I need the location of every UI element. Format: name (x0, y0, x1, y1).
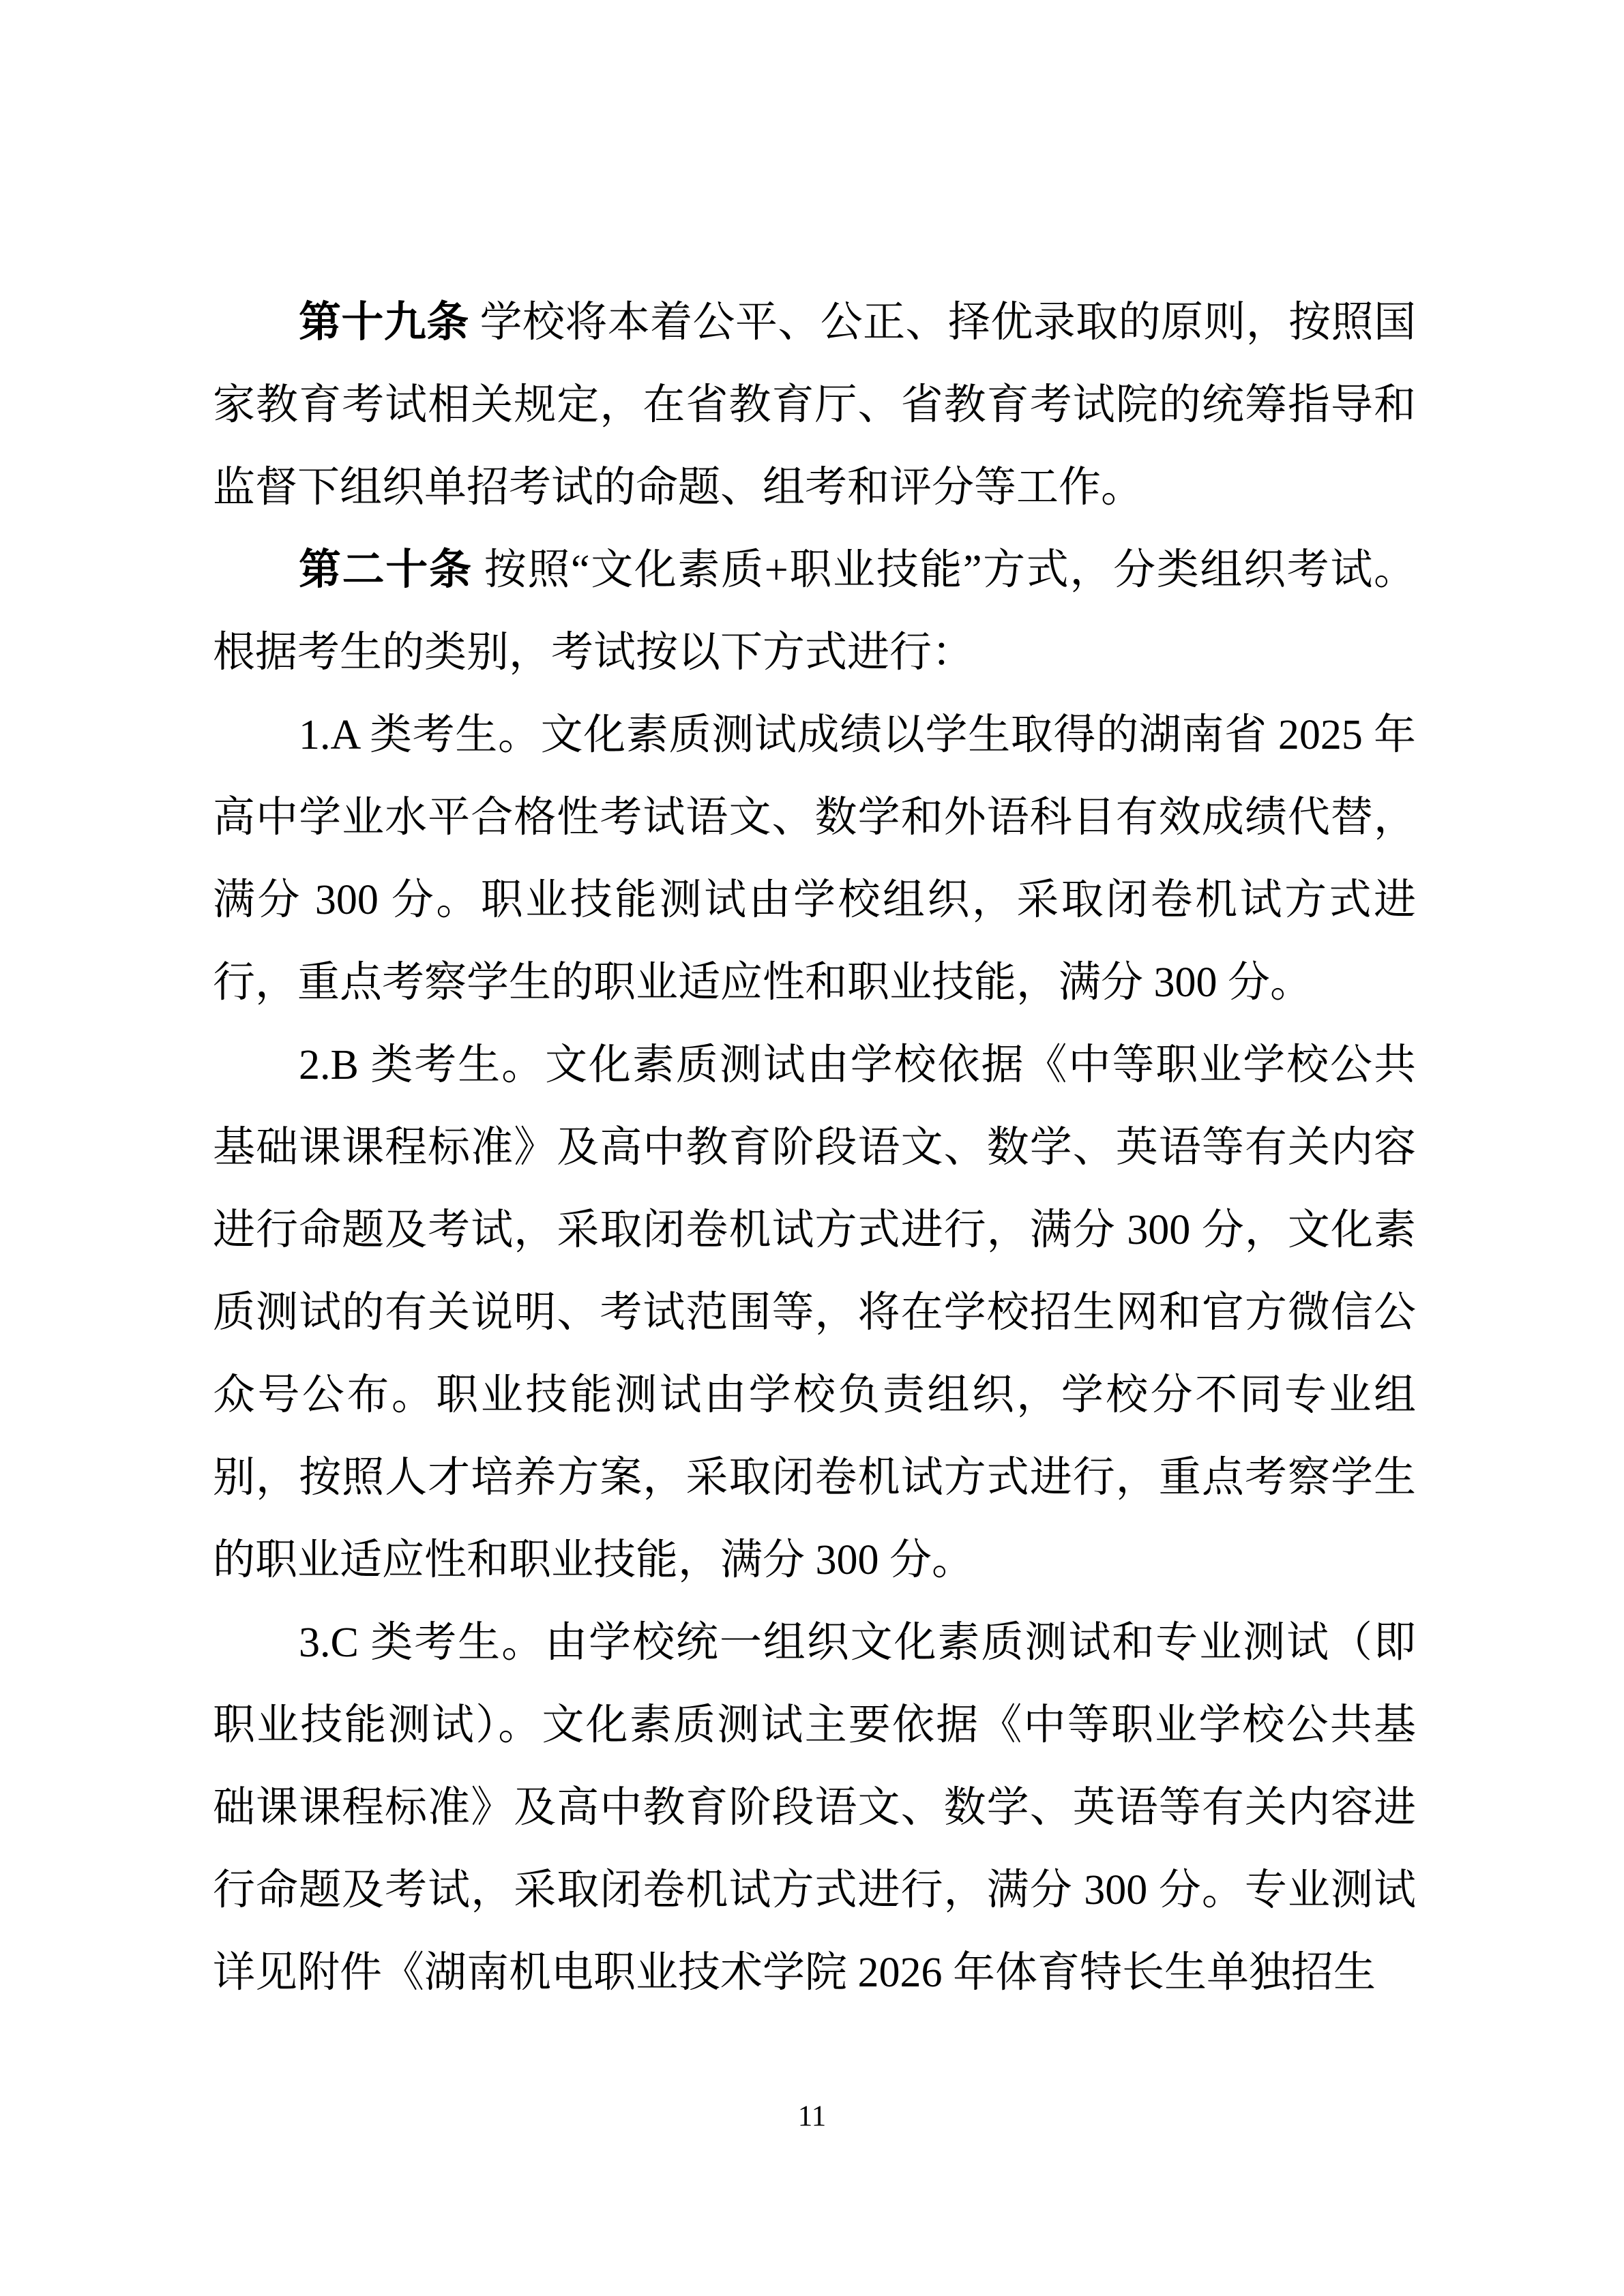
paragraph: 2.B 类考生。文化素质测试由学校依据《中等职业学校公共基础课课程标准》及高中教… (213, 1024, 1416, 1602)
page-number: 11 (798, 2100, 826, 2132)
document-page: 第十九条 学校将本着公平、公正、择优录取的原则，按照国家教育考试相关规定，在省教… (0, 0, 1624, 2296)
paragraph-text: 3.C 类考生。由学校统一组织文化素质测试和专业测试（即职业技能测试）。文化素质… (213, 1620, 1416, 1996)
paragraph-text: 2.B 类考生。文化素质测试由学校依据《中等职业学校公共基础课课程标准》及高中教… (213, 1042, 1416, 1583)
article-number-label: 第十九条 (299, 299, 469, 346)
paragraph-text: 1.A 类考生。文化素质测试成绩以学生取得的湖南省 2025 年高中学业水平合格… (213, 712, 1416, 1006)
page-footer: 11 (0, 2100, 1624, 2132)
paragraph: 第二十条 按照“文化素质+职业技能”方式，分类组织考试。根据考生的类别，考试按以… (213, 529, 1416, 694)
paragraph: 第十九条 学校将本着公平、公正、择优录取的原则，按照国家教育考试相关规定，在省教… (213, 282, 1416, 529)
paragraph: 1.A 类考生。文化素质测试成绩以学生取得的湖南省 2025 年高中学业水平合格… (213, 694, 1416, 1024)
document-body: 第十九条 学校将本着公平、公正、择优录取的原则，按照国家教育考试相关规定，在省教… (213, 282, 1416, 2014)
paragraph: 3.C 类考生。由学校统一组织文化素质测试和专业测试（即职业技能测试）。文化素质… (213, 1602, 1416, 2014)
article-number-label: 第二十条 (299, 547, 473, 593)
